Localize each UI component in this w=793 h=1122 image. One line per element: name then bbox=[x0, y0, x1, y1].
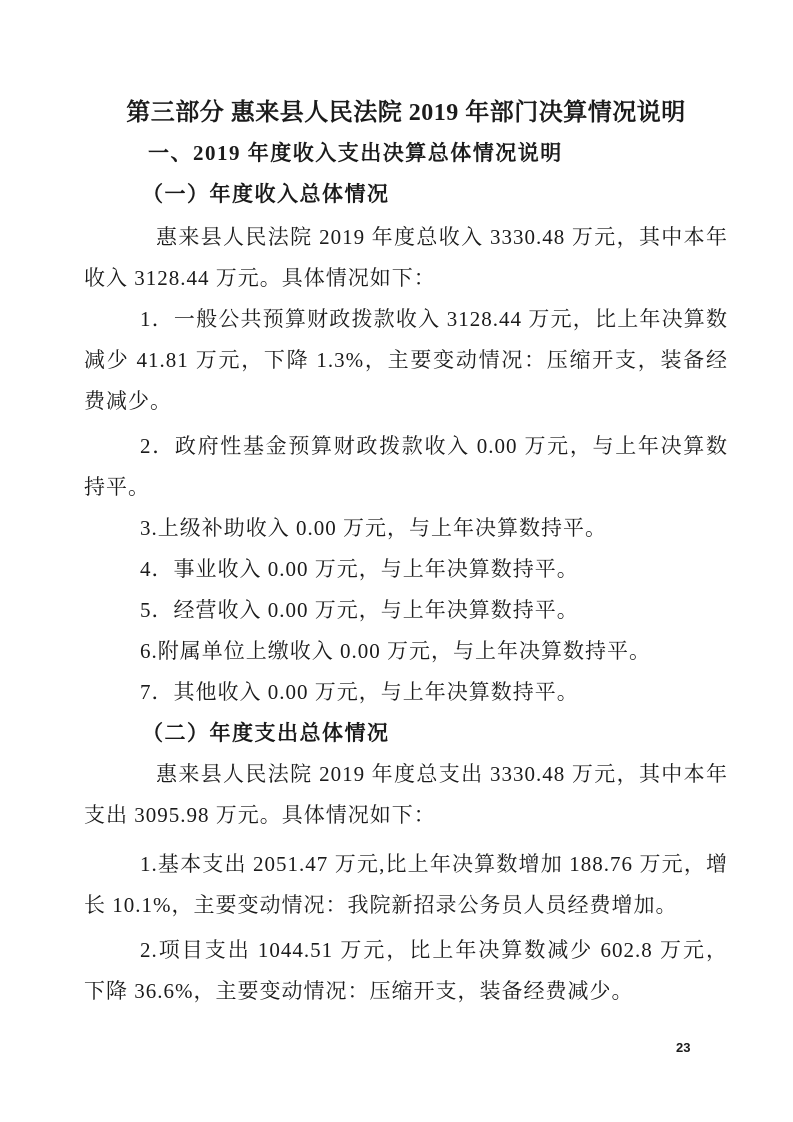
document-content: 第三部分 惠来县人民法院 2019 年部门决算情况说明 一、2019 年度收入支… bbox=[84, 95, 728, 1012]
document-title: 第三部分 惠来县人民法院 2019 年部门决算情况说明 bbox=[84, 95, 728, 131]
income-item-7: 7．其他收入 0.00 万元，与上年决算数持平。 bbox=[84, 672, 728, 713]
income-item-5: 5．经营收入 0.00 万元，与上年决算数持平。 bbox=[84, 590, 728, 631]
income-intro-paragraph: 惠来县人民法院 2019 年度总收入 3330.48 万元，其中本年收入 312… bbox=[84, 217, 728, 299]
income-item-4: 4．事业收入 0.00 万元，与上年决算数持平。 bbox=[84, 549, 728, 590]
income-item-6: 6.附属单位上缴收入 0.00 万元，与上年决算数持平。 bbox=[84, 631, 728, 672]
income-item-2: 2．政府性基金预算财政拨款收入 0.00 万元，与上年决算数持平。 bbox=[84, 426, 728, 508]
expenditure-item-1: 1.基本支出 2051.47 万元,比上年决算数增加 188.76 万元，增长 … bbox=[84, 844, 728, 926]
income-item-1: 1．一般公共预算财政拨款收入 3128.44 万元，比上年决算数减少 41.81… bbox=[84, 299, 728, 422]
expenditure-item-2: 2.项目支出 1044.51 万元，比上年决算数减少 602.8 万元，下降 3… bbox=[84, 930, 728, 1012]
document-page: 第三部分 惠来县人民法院 2019 年部门决算情况说明 一、2019 年度收入支… bbox=[0, 0, 793, 1122]
page-number: 23 bbox=[676, 1040, 690, 1055]
income-section-heading: （一）年度收入总体情况 bbox=[142, 174, 728, 215]
income-item-3: 3.上级补助收入 0.00 万元，与上年决算数持平。 bbox=[84, 508, 728, 549]
expenditure-section-heading: （二）年度支出总体情况 bbox=[142, 713, 728, 754]
section-heading: 一、2019 年度收入支出决算总体情况说明 bbox=[148, 133, 728, 174]
expenditure-intro-paragraph: 惠来县人民法院 2019 年度总支出 3330.48 万元，其中本年支出 309… bbox=[84, 754, 728, 836]
